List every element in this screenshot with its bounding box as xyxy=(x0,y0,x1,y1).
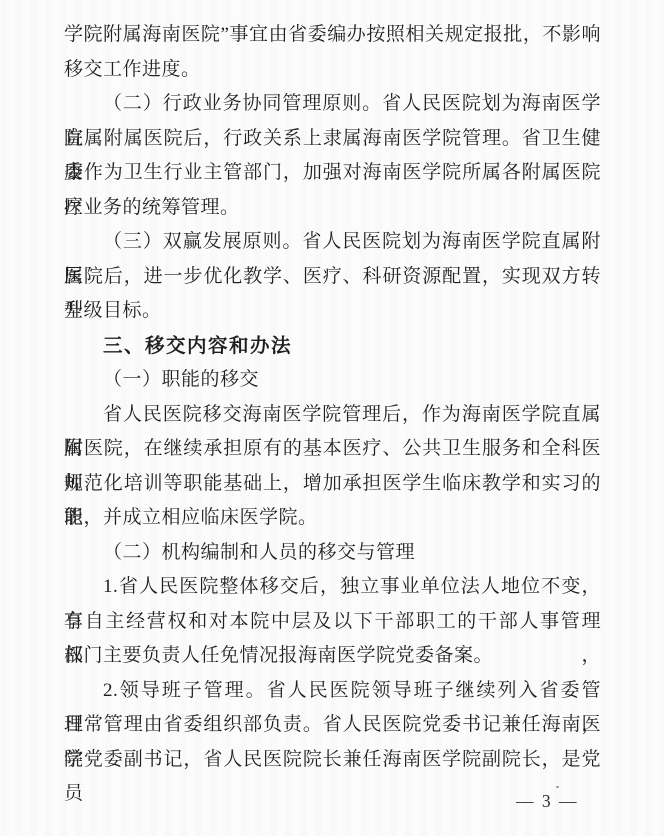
text-line: 医院后，进一步优化教学、医疗、科研资源配置，实现双方转型 xyxy=(64,260,601,295)
text-line: 院党委副书记，省人民医院院长兼任海南医学院副院长，是党员 xyxy=(64,743,601,778)
text-line: 日常管理由省委组织部负责。省人民医院党委书记兼任海南医学 xyxy=(64,708,601,743)
text-line: 规范化培训等职能基础上，增加承担医学生临床教学和实习的职 xyxy=(64,467,601,502)
text-line: 委作为卫生行业主管部门，加强对海南医学院所属各附属医院医 xyxy=(64,156,601,191)
document-page: 学院附属海南医院”事宜由省委编办按照相关规定报批，不影响移交工作进度。（二）行政… xyxy=(0,0,664,836)
text-line: （二）行政业务协同管理原则。省人民医院划为海南医学院 xyxy=(64,87,601,122)
text-line: （一）职能的移交 xyxy=(64,363,601,398)
scan-speck-artifact xyxy=(556,786,559,788)
text-line: 有自主经营权和对本院中层及以下干部职工的干部人事管理权， xyxy=(64,605,601,640)
text-line: 直属附属医院后，行政关系上隶属海南医学院管理。省卫生健康 xyxy=(64,122,601,157)
document-lines: 学院附属海南医院”事宜由省委编办按照相关规定报批，不影响移交工作进度。（二）行政… xyxy=(64,18,601,777)
text-line: （三）双赢发展原则。省人民医院划为海南医学院直属附属 xyxy=(64,225,601,260)
page-number: — 3 — xyxy=(516,791,579,812)
text-line: 省人民医院移交海南医学院管理后，作为海南医学院直属附 xyxy=(64,398,601,433)
text-line: 2.领导班子管理。省人民医院领导班子继续列入省委管理， xyxy=(64,674,601,709)
text-line: 移交工作进度。 xyxy=(64,53,601,88)
text-line: （二）机构编制和人员的移交与管理 xyxy=(64,536,601,571)
text-line: 属医院，在继续承担原有的基本医疗、公共卫生服务和全科医师 xyxy=(64,432,601,467)
text-line: 1.省人民医院整体移交后，独立事业单位法人地位不变，享 xyxy=(64,570,601,605)
text-line: 升级目标。 xyxy=(64,294,601,329)
text-line: 疗业务的统筹管理。 xyxy=(64,191,601,226)
section-heading: 三、移交内容和办法 xyxy=(64,329,601,364)
text-line: 能，并成立相应临床医学院。 xyxy=(64,501,601,536)
text-line: 学院附属海南医院”事宜由省委编办按照相关规定报批，不影响 xyxy=(64,18,601,53)
